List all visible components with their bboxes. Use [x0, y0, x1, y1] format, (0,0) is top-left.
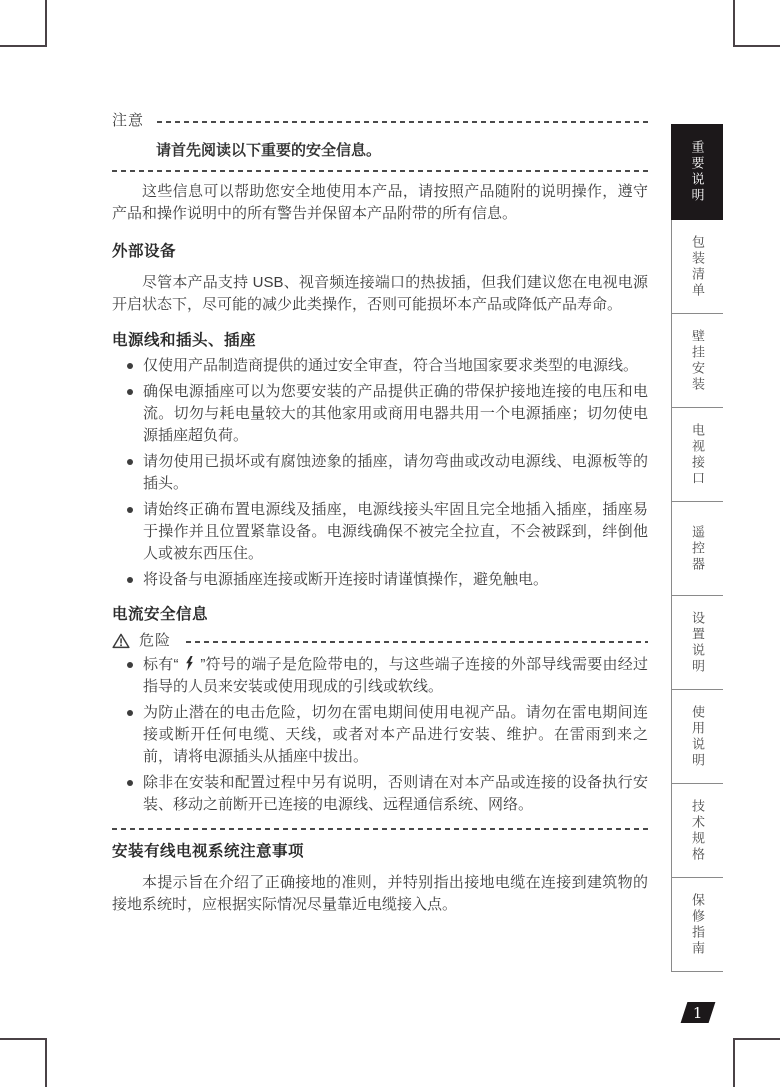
- crop-mark-bottom-right: [733, 1038, 780, 1087]
- page-number: 1: [693, 1004, 703, 1022]
- bullet-text: 请勿使用已损坏或有腐蚀迹象的插座，请勿弯曲或改动电源线、电源板等的插头。: [143, 453, 648, 492]
- bullet-dot-icon: [127, 459, 133, 465]
- tab-packing-list: 包装清单: [671, 220, 723, 314]
- bullet-item: 请勿使用已损坏或有腐蚀迹象的插座，请勿弯曲或改动电源线、电源板等的插头。: [112, 451, 648, 495]
- bullet-text: 确保电源插座可以为您要安装的产品提供正确的带保护接地连接的电压和电流。切勿与耗电…: [143, 383, 648, 444]
- dashed-rule: [186, 641, 648, 643]
- bullet-text-post: ”符号的端子是危险带电的，与这些端子连接的外部导线需要由经过指导的人员来安装或使…: [143, 656, 648, 695]
- tab-label: 壁挂安装: [688, 329, 707, 393]
- bullet-item: 标有“ ”符号的端子是危险带电的，与这些端子连接的外部导线需要由经过指导的人员来…: [112, 654, 648, 698]
- bullet-dot-icon: [127, 780, 133, 786]
- tab-remote-control: 遥控器: [671, 502, 723, 596]
- crop-mark-bottom-left: [0, 1038, 47, 1087]
- tab-label: 重要说明: [688, 140, 707, 204]
- bullet-dot-icon: [127, 507, 133, 513]
- crop-mark-top-right: [733, 0, 780, 47]
- tab-setup-guide: 设置说明: [671, 596, 723, 690]
- tab-wall-mount: 壁挂安装: [671, 314, 723, 408]
- bullet-text: 将设备与电源插座连接或断开连接时请谨慎操作，避免触电。: [143, 571, 548, 588]
- cable-system-body: 本提示旨在介绍了正确接地的准则，并特别指出接地电缆在连接到建筑物的接地系统时，应…: [112, 872, 648, 916]
- bullet-item: 确保电源插座可以为您要安装的产品提供正确的带保护接地连接的电压和电流。切勿与耗电…: [112, 381, 648, 447]
- bullet-dot-icon: [127, 363, 133, 369]
- dashed-rule: [112, 170, 648, 172]
- notice-body: 这些信息可以帮助您安全地使用本产品，请按照产品随附的说明操作，遵守产品和操作说明…: [112, 181, 648, 225]
- bullet-text: 为防止潜在的电击危险，切勿在雷电期间使用电视产品。请勿在雷电期间连接或断开任何电…: [143, 704, 648, 765]
- bullet-item: 为防止潜在的电击危险，切勿在雷电期间使用电视产品。请勿在雷电期间连接或断开任何电…: [112, 702, 648, 768]
- bullet-item: 仅使用产品制造商提供的通过安全审查，符合当地国家要求类型的电源线。: [112, 355, 648, 377]
- tab-warranty-guide: 保修指南: [671, 878, 723, 972]
- manual-page-content: 注意 请首先阅读以下重要的安全信息。 这些信息可以帮助您安全地使用本产品，请按照…: [112, 110, 648, 916]
- notice-label: 注意: [112, 110, 144, 132]
- section-title-power-cords: 电源线和插头、插座: [112, 330, 648, 352]
- power-bullet-list: 仅使用产品制造商提供的通过安全审查，符合当地国家要求类型的电源线。 确保电源插座…: [112, 355, 648, 591]
- bullet-dot-icon: [127, 662, 133, 668]
- bullet-item: 请始终正确布置电源线及插座，电源线接头牢固且完全地插入插座，插座易于操作并且位置…: [112, 499, 648, 565]
- tab-label: 遥控器: [688, 525, 707, 573]
- bullet-text: 除非在安装和配置过程中另有说明，否则请在对本产品或连接的设备执行安装、移动之前断…: [143, 774, 648, 813]
- tab-usage-guide: 使用说明: [671, 690, 723, 784]
- bullet-text: 请始终正确布置电源线及插座，电源线接头牢固且完全地插入插座，插座易于操作并且位置…: [143, 501, 648, 562]
- crop-mark-top-left: [0, 0, 47, 47]
- notice-intro: 请首先阅读以下重要的安全信息。: [156, 140, 648, 162]
- bullet-item: 除非在安装和配置过程中另有说明，否则请在对本产品或连接的设备执行安装、移动之前断…: [112, 772, 648, 816]
- bullet-text-pre: 标有“: [143, 656, 183, 673]
- section-title-cable-system: 安装有线电视系统注意事项: [112, 841, 648, 863]
- bullet-dot-icon: [127, 389, 133, 395]
- bullet-dot-icon: [127, 577, 133, 583]
- tab-label: 电视接口: [688, 423, 707, 487]
- tab-label: 使用说明: [688, 705, 707, 769]
- bullet-text: 仅使用产品制造商提供的通过安全审查，符合当地国家要求类型的电源线。: [143, 357, 638, 374]
- danger-bullet-list: 标有“ ”符号的端子是危险带电的，与这些端子连接的外部导线需要由经过指导的人员来…: [112, 654, 648, 816]
- tab-label: 设置说明: [688, 611, 707, 675]
- danger-label: 危险: [139, 630, 171, 652]
- tab-label: 技术规格: [688, 799, 707, 863]
- page-number-badge: 1: [681, 1002, 716, 1023]
- notice-header: 注意: [112, 110, 648, 132]
- warning-triangle-icon: [112, 633, 130, 649]
- section-title-external-devices: 外部设备: [112, 241, 648, 263]
- tab-label: 保修指南: [688, 893, 707, 957]
- tab-tech-specs: 技术规格: [671, 784, 723, 878]
- bullet-dot-icon: [127, 710, 133, 716]
- section-title-current-safety: 电流安全信息: [112, 604, 648, 626]
- tab-tv-ports: 电视接口: [671, 408, 723, 502]
- tab-important-notes: 重要说明: [671, 124, 723, 220]
- dashed-rule: [112, 828, 648, 830]
- dashed-rule: [157, 121, 648, 123]
- tab-label: 包装清单: [688, 235, 707, 299]
- bullet-item: 将设备与电源插座连接或断开连接时请谨慎操作，避免触电。: [112, 569, 648, 591]
- chapter-tab-bar: 重要说明 包装清单 壁挂安装 电视接口 遥控器 设置说明 使用说明 技术规格 保…: [671, 124, 723, 972]
- danger-header: 危险: [112, 630, 648, 652]
- lightning-bolt-icon: [185, 656, 194, 671]
- external-devices-body: 尽管本产品支持 USB、视音频连接端口的热拔插，但我们建议您在电视电源开启状态下…: [112, 272, 648, 316]
